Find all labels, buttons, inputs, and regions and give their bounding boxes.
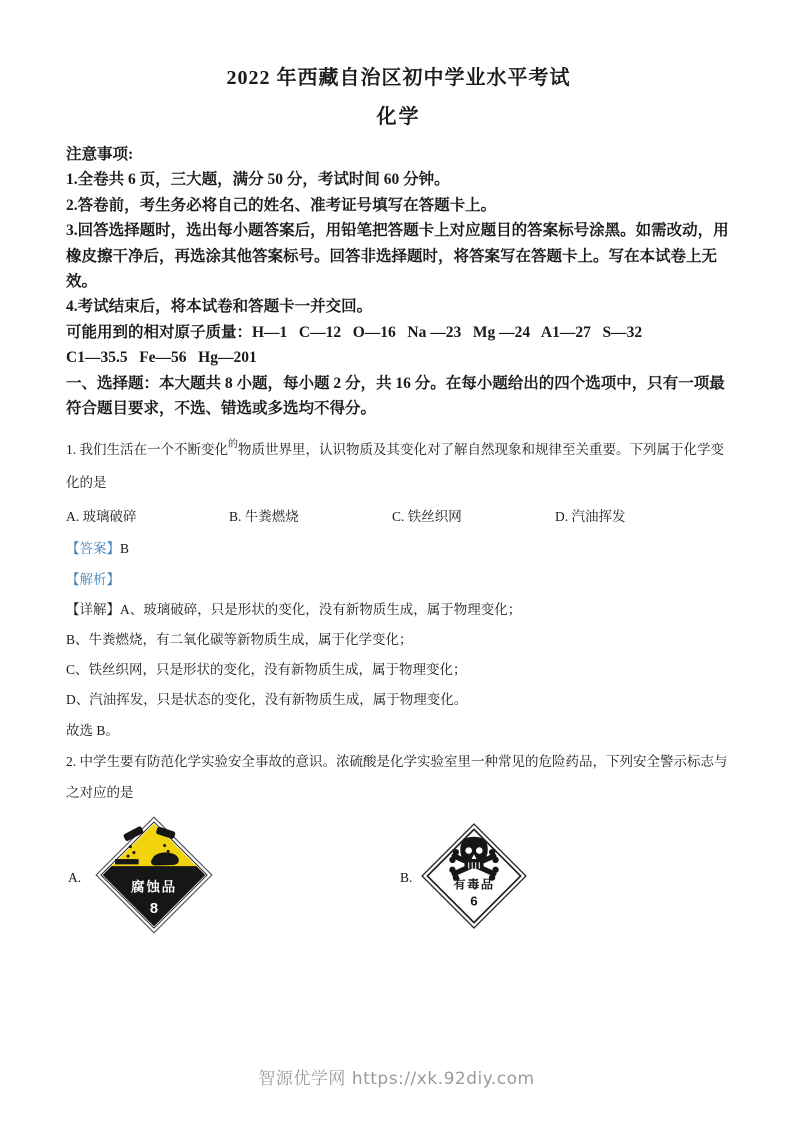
corrosive-sign-icon: 腐蚀品 8 xyxy=(95,815,213,935)
answer-value: B xyxy=(120,541,129,556)
notice-item-4: 4.考试结束后，将本试卷和答题卡一并交回。 xyxy=(66,294,731,319)
watermark-footer: 智源优学网 https://xk.92diy.com xyxy=(0,1064,793,1089)
question-2: 2. 中学生要有防范化学实验安全事故的意识。浓硫酸是化学实验室里一种常见的危险药… xyxy=(66,746,731,946)
question-1-options: A. 玻璃破碎B. 牛粪燃烧C. 铁丝织网D. 汽油挥发 xyxy=(66,500,731,534)
page-subject: 化学 xyxy=(66,103,731,131)
q1-option-b: B. 牛粪燃烧 xyxy=(229,500,392,534)
q1-detail-line-a: 【详解】A、玻璃破碎，只是形状的变化，没有新物质生成，属于物理变化； xyxy=(66,595,731,625)
toxic-sign-number: 6 xyxy=(470,894,477,909)
q1-conclusion: 故选 B。 xyxy=(66,716,731,746)
question-2-options: A. 腐蚀品 8 B. xyxy=(66,814,731,946)
q1-detail-line-c: C、铁丝织网，只是形状的变化，没有新物质生成，属于物理变化； xyxy=(66,655,731,685)
q1-option-a: A. 玻璃破碎 xyxy=(66,500,229,534)
notice-heading: 注意事项: xyxy=(66,142,731,167)
exam-document: 2022 年西藏自治区初中学业水平考试 化学 注意事项: 1.全卷共 6 页，三… xyxy=(66,0,731,946)
detail-text-a: A、玻璃破碎，只是形状的变化，没有新物质生成，属于物理变化； xyxy=(120,602,521,617)
q2-option-b-label: B. xyxy=(400,870,412,886)
q1-stem-superscript: 的 xyxy=(228,439,238,450)
question-1-stem: 1. 我们生活在一个不断变化的物质世界里，认识物质及其变化对了解自然现象和规律至… xyxy=(66,428,731,499)
detail-label: 【详解】 xyxy=(66,602,120,617)
q1-analysis-line: 【解析】 xyxy=(66,565,731,595)
analysis-label: 【解析】 xyxy=(66,572,120,587)
atomic-masses-line-2: C1—35.5 Fe—56 Hg—201 xyxy=(66,345,731,370)
toxic-sign-icon: 有毒品 6 xyxy=(421,820,527,932)
atomic-masses-line-1: 可能用到的相对原子质量：H—1 C—12 O—16 Na —23 Mg —24 … xyxy=(66,320,731,345)
q1-option-d: D. 汽油挥发 xyxy=(555,500,718,534)
q1-detail-line-b: B、牛粪燃烧，有二氧化碳等新物质生成，属于化学变化； xyxy=(66,625,731,655)
question-1: 1. 我们生活在一个不断变化的物质世界里，认识物质及其变化对了解自然现象和规律至… xyxy=(66,428,731,745)
q1-option-c: C. 铁丝织网 xyxy=(392,500,555,534)
toxic-sign-text: 有毒品 xyxy=(453,877,494,892)
notice-item-1: 1.全卷共 6 页，三大题，满分 50 分，考试时间 60 分钟。 xyxy=(66,167,731,192)
notice-item-2: 2.答卷前，考生务必将自己的姓名、准考证号填写在答题卡上。 xyxy=(66,193,731,218)
question-2-stem: 2. 中学生要有防范化学实验安全事故的意识。浓硫酸是化学实验室里一种常见的危险药… xyxy=(66,746,731,808)
q1-stem-pre: 1. 我们生活在一个不断变化 xyxy=(66,442,228,457)
corrosive-sign-text: 腐蚀品 xyxy=(131,878,177,894)
q1-detail-line-d: D、汽油挥发，只是状态的变化，没有新物质生成，属于物理变化。 xyxy=(66,685,731,715)
q1-answer-line: 【答案】B xyxy=(66,534,731,564)
answer-label: 【答案】 xyxy=(66,541,120,556)
section-1-heading: 一、选择题：本大题共 8 小题，每小题 2 分，共 16 分。在每小题给出的四个… xyxy=(66,371,731,422)
corrosive-sign-number: 8 xyxy=(150,901,158,917)
question-1-solution: 【答案】B 【解析】 【详解】A、玻璃破碎，只是形状的变化，没有新物质生成，属于… xyxy=(66,534,731,745)
notice-item-3: 3.回答选择题时，选出每小题答案后，用铅笔把答题卡上对应题目的答案标号涂黑。如需… xyxy=(66,218,731,294)
notice-section: 注意事项: 1.全卷共 6 页，三大题，满分 50 分，考试时间 60 分钟。 … xyxy=(66,142,731,421)
page-title: 2022 年西藏自治区初中学业水平考试 xyxy=(66,64,731,92)
q2-option-a-label: A. xyxy=(68,870,81,886)
